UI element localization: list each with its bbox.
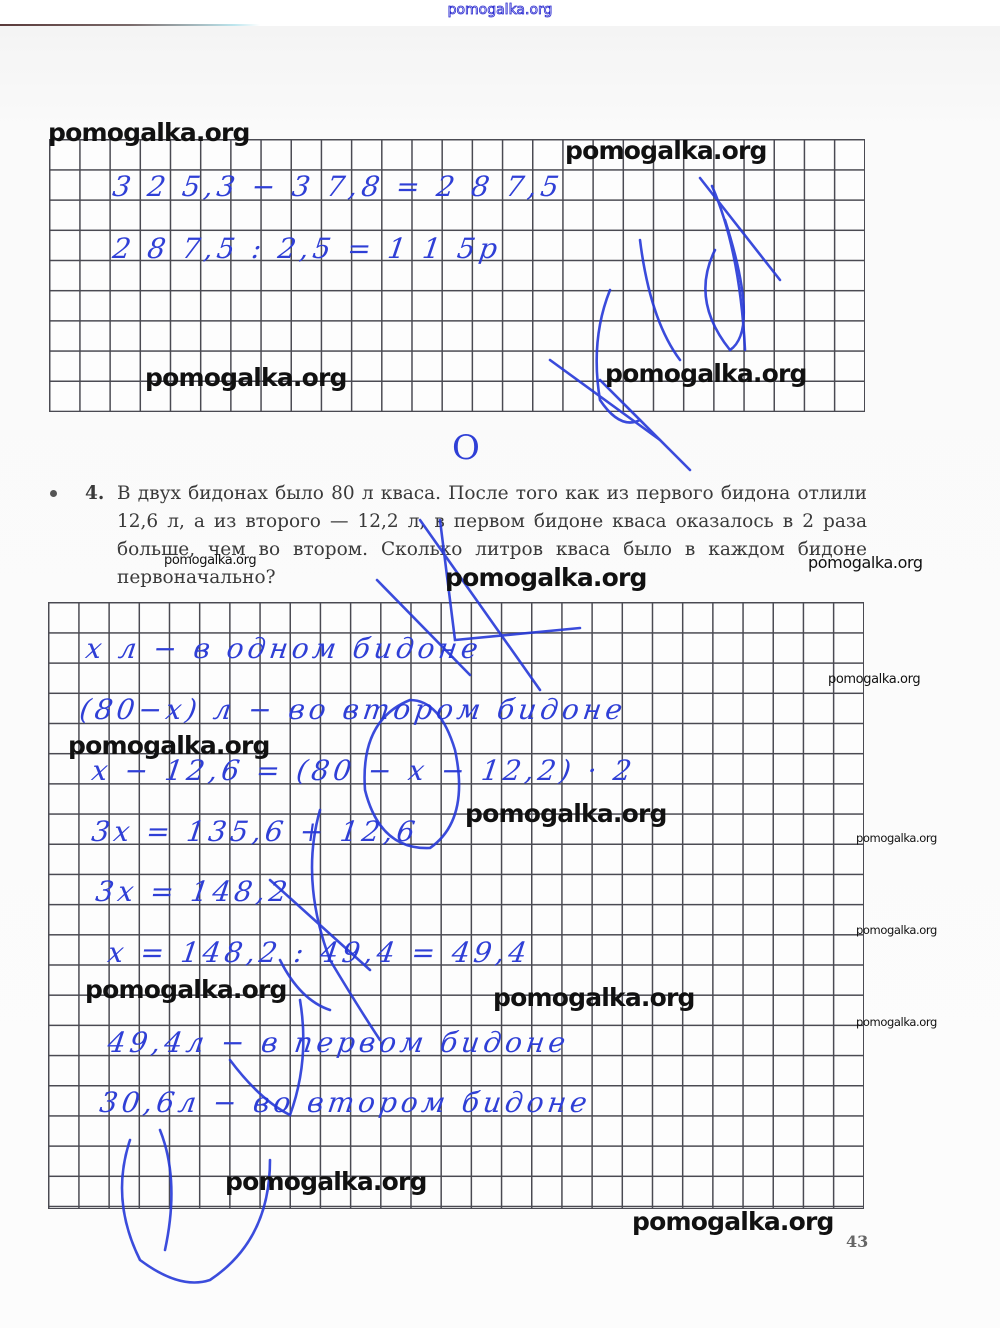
handwritten-line-2: 2 8 7,5 : 2,5 = 1 1 5р xyxy=(111,232,504,265)
watermark: pomogalka.org xyxy=(856,923,937,937)
top-bar: pomogalka.org xyxy=(0,0,1000,26)
watermark: pomogalka.org xyxy=(632,1207,834,1236)
page-number: 43 xyxy=(846,1232,868,1251)
watermark: pomogalka.org xyxy=(164,553,256,568)
watermark: pomogalka.org xyxy=(85,975,287,1004)
watermark: pomogalka.org xyxy=(808,553,923,572)
watermark: pomogalka.org xyxy=(465,799,667,828)
solution-line-1: x л − в одном бидоне xyxy=(84,632,484,665)
watermark: pomogalka.org xyxy=(493,983,695,1012)
watermark: pomogalka.org xyxy=(48,118,250,147)
watermark: pomogalka.org xyxy=(828,672,920,687)
watermark: pomogalka.org xyxy=(605,359,807,388)
watermark: pomogalka.org xyxy=(565,136,767,165)
watermark: pomogalka.org xyxy=(68,731,270,760)
handwritten-line-1: 3 2 5,3 − 3 7,8 = 2 8 7,5 xyxy=(111,170,565,203)
watermark: pomogalka.org xyxy=(445,563,647,592)
bullet-icon xyxy=(50,490,57,497)
watermark: pomogalka.org xyxy=(145,363,347,392)
margin-mark: O xyxy=(452,428,480,468)
watermark: pomogalka.org xyxy=(225,1167,427,1196)
solution-line-2: (80−x) л − во втором бидоне xyxy=(78,693,629,726)
solution-line-7: 49,4л − в первом бидоне xyxy=(106,1026,572,1059)
solution-line-8: 30,6л − во втором бидоне xyxy=(98,1086,593,1119)
task-number: 4. xyxy=(85,480,104,508)
watermark: pomogalka.org xyxy=(856,1015,937,1029)
solution-line-4: 3x = 135,6 + 12,6 xyxy=(90,815,421,848)
solution-line-5: 3x = 148,2 xyxy=(94,875,294,908)
site-url-header[interactable]: pomogalka.org xyxy=(0,2,1000,18)
watermark: pomogalka.org xyxy=(856,831,937,845)
solution-line-6: x = 148,2 : 49,4 = 49,4 xyxy=(106,936,533,969)
